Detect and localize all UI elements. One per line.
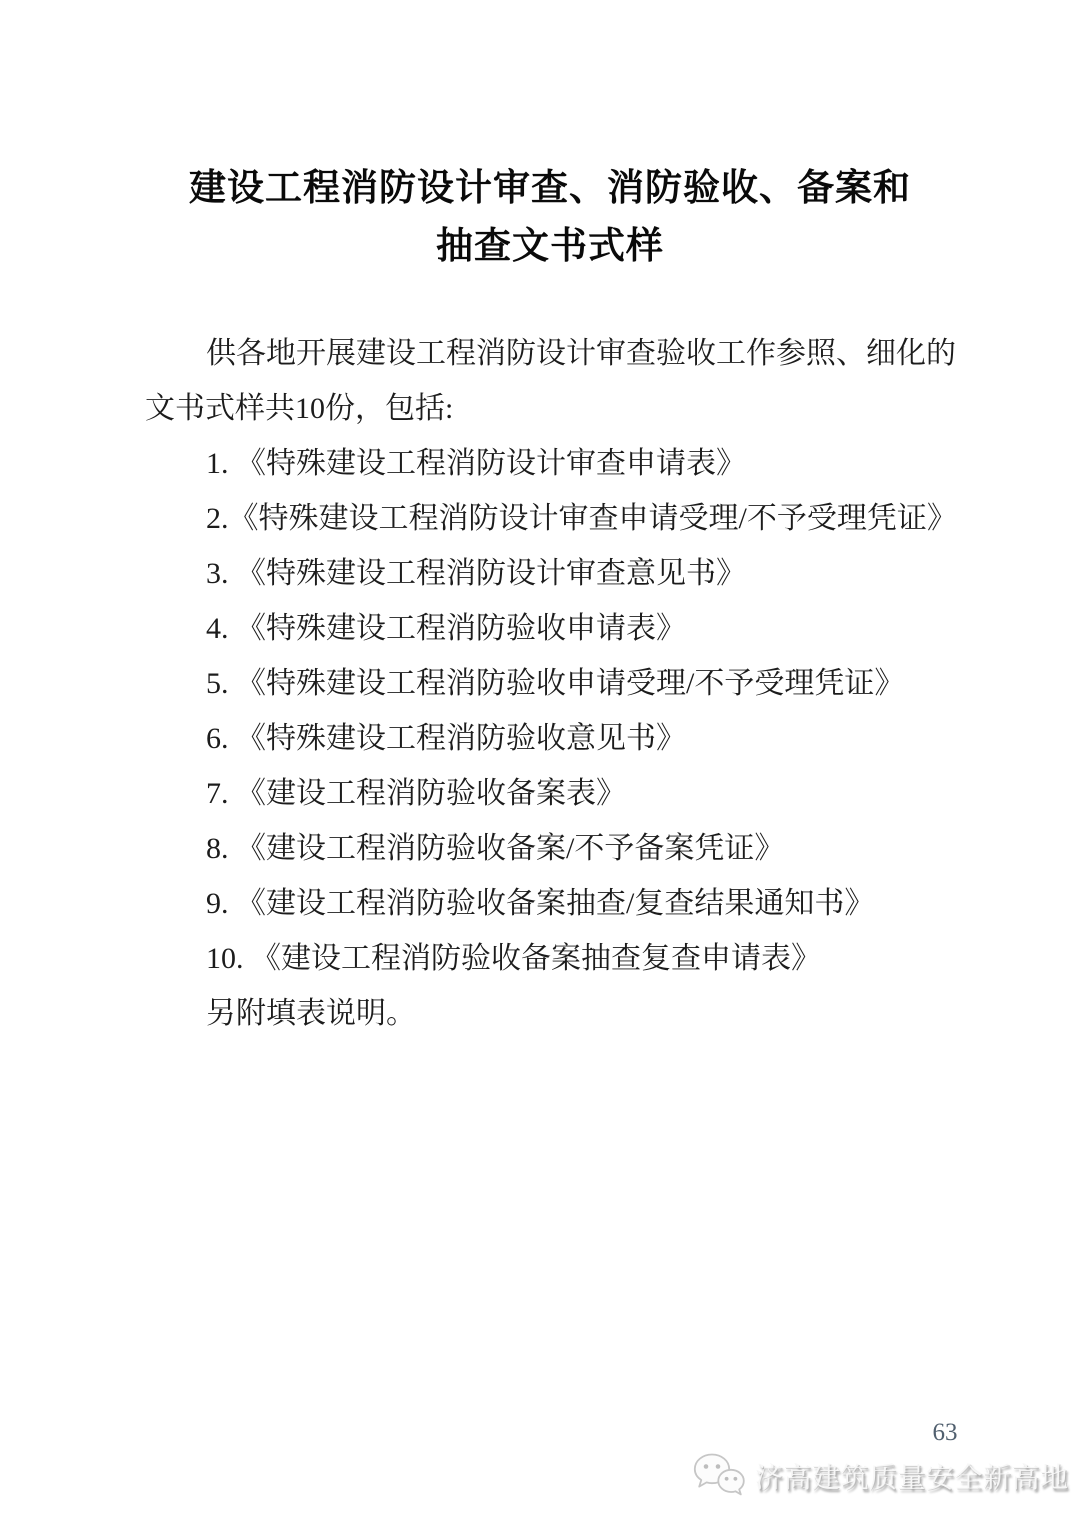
list-item-1: 1. 《特殊建设工程消防设计审查申请表》: [145, 436, 945, 491]
list-item-3: 3. 《特殊建设工程消防设计审查意见书》: [145, 546, 945, 601]
doc-body: 供各地开展建设工程消防设计审查验收工作参照、细化的 文书式样共10份，包括: 1…: [145, 326, 945, 1041]
doc-title-line-2: 抽查文书式样: [10, 218, 1080, 276]
doc-title: 建设工程消防设计审查、消防验收、备案和 抽查文书式样: [10, 160, 1080, 276]
intro-line-1: 供各地开展建设工程消防设计审查验收工作参照、细化的: [145, 326, 945, 381]
list-item-9: 9. 《建设工程消防验收备案抽查/复查结果通知书》: [145, 876, 945, 931]
watermark-text: 济高建筑质量安全新高地: [755, 1456, 1069, 1496]
note-line: 另附填表说明。: [145, 986, 945, 1041]
page-number: 63: [905, 1418, 985, 1448]
list-item-5: 5. 《特殊建设工程消防验收申请受理/不予受理凭证》: [145, 656, 945, 711]
list-item-2: 2.《特殊建设工程消防设计审查申请受理/不予受理凭证》: [145, 491, 945, 546]
list-item-10: 10. 《建设工程消防验收备案抽查复查申请表》: [145, 931, 945, 986]
list-item-8: 8. 《建设工程消防验收备案/不予备案凭证》: [145, 821, 945, 876]
list-item-4: 4. 《特殊建设工程消防验收申请表》: [145, 601, 945, 656]
list-item-7: 7. 《建设工程消防验收备案表》: [145, 766, 945, 821]
wechat-logo-icon: [692, 1452, 746, 1500]
doc-title-line-1: 建设工程消防设计审查、消防验收、备案和: [10, 160, 1080, 218]
document-page: 建设工程消防设计审查、消防验收、备案和 抽查文书式样 供各地开展建设工程消防设计…: [0, 0, 1080, 1527]
watermark: 济高建筑质量安全新高地: [692, 1452, 1069, 1500]
list-item-6: 6. 《特殊建设工程消防验收意见书》: [145, 711, 945, 766]
intro-line-2: 文书式样共10份，包括:: [145, 381, 945, 436]
